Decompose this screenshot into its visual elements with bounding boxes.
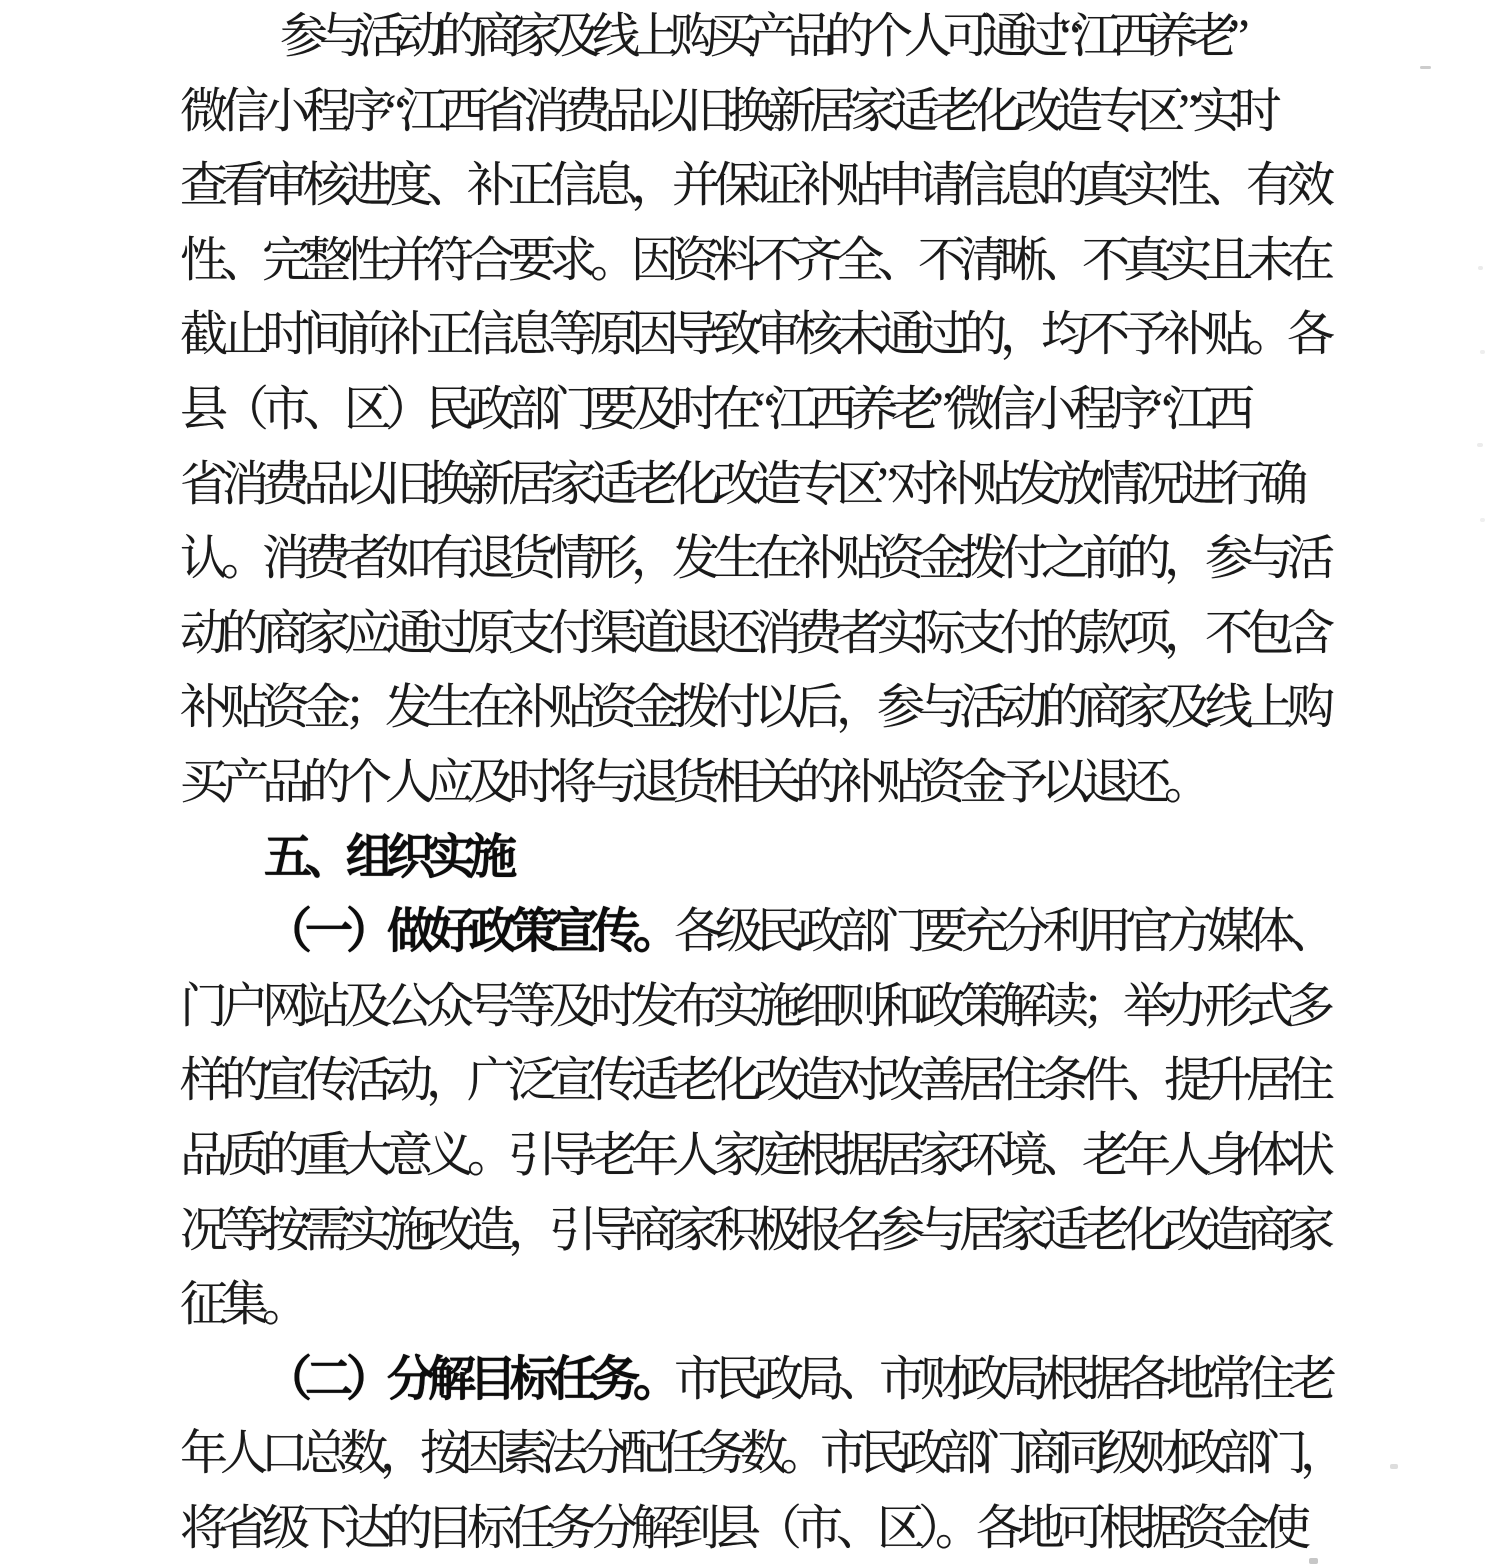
scan-artifact bbox=[1480, 350, 1485, 354]
scan-artifact bbox=[1420, 66, 1431, 69]
subsection-body: 各级民政部门要充分利用官方媒体、 bbox=[674, 905, 1330, 958]
text-line: 查看审核进度、补正信息，并保证补贴申请信息的真实性、有效 bbox=[180, 149, 1350, 224]
text-line: 动的商家应通过原支付渠道退还消费者实际支付的款项，不包含 bbox=[180, 597, 1350, 672]
scan-artifact bbox=[1478, 266, 1483, 270]
text-line: 省消费品以旧换新居家适老化改造专区”对补贴发放情况进行确 bbox=[180, 448, 1350, 523]
text-line: 性、完整性并符合要求。因资料不齐全、不清晰、不真实且未在 bbox=[180, 224, 1350, 299]
scan-artifact bbox=[1390, 1464, 1398, 1469]
text-line: 微信小程序“江西省消费品以旧换新居家适老化改造专区”实时 bbox=[180, 75, 1350, 150]
text-line: 年人口总数，按因素法分配任务数。市民政部门商同级财政部门， bbox=[180, 1417, 1350, 1492]
scan-artifact bbox=[1480, 518, 1485, 522]
text-line: 买产品的个人应及时将与退货相关的补贴资金予以退还。 bbox=[180, 746, 1350, 821]
subsection-body: 市民政局、市财政局根据各地常住老 bbox=[674, 1353, 1330, 1406]
text-line: （二）分解目标任务。市民政局、市财政局根据各地常住老 bbox=[180, 1343, 1350, 1418]
text-line: 门户网站及公众号等及时发布实施细则和政策解读；举办形式多 bbox=[180, 970, 1350, 1045]
scan-artifact bbox=[1309, 1558, 1318, 1564]
text-line: 将省级下达的目标任务分解到县（市、区）。各地可根据资金使 bbox=[180, 1492, 1350, 1567]
text-line: 参与活动的商家及线上购买产品的个人可通过“江西养老” bbox=[180, 0, 1350, 75]
text-line: 征集。 bbox=[180, 1268, 1350, 1343]
text-line: 品质的重大意义。引导老年人家庭根据居家环境、老年人身体状 bbox=[180, 1119, 1350, 1194]
text-line: （一）做好政策宣传。各级民政部门要充分利用官方媒体、 bbox=[180, 895, 1350, 970]
text-line: 截止时间前补正信息等原因导致审核未通过的，均不予补贴。各 bbox=[180, 298, 1350, 373]
section-heading: 五、组织实施 bbox=[180, 821, 1350, 896]
scan-artifact bbox=[1477, 443, 1483, 447]
text-line: 补贴资金；发生在补贴资金拨付以后，参与活动的商家及线上购 bbox=[180, 671, 1350, 746]
document-text: 参与活动的商家及线上购买产品的个人可通过“江西养老” 微信小程序“江西省消费品以… bbox=[180, 0, 1350, 1566]
text-line: 县（市、区）民政部门要及时在“江西养老”微信小程序“江西 bbox=[180, 373, 1350, 448]
document-page: 参与活动的商家及线上购买产品的个人可通过“江西养老” 微信小程序“江西省消费品以… bbox=[0, 0, 1490, 1567]
subsection-lead: （二）分解目标任务。 bbox=[264, 1353, 674, 1406]
text-line: 认。消费者如有退货情形，发生在补贴资金拨付之前的，参与活 bbox=[180, 522, 1350, 597]
text-line: 况等按需实施改造，引导商家积极报名参与居家适老化改造商家 bbox=[180, 1194, 1350, 1269]
subsection-lead: （一）做好政策宣传。 bbox=[264, 905, 674, 958]
text-line: 样的宣传活动，广泛宣传适老化改造对改善居住条件、提升居住 bbox=[180, 1044, 1350, 1119]
